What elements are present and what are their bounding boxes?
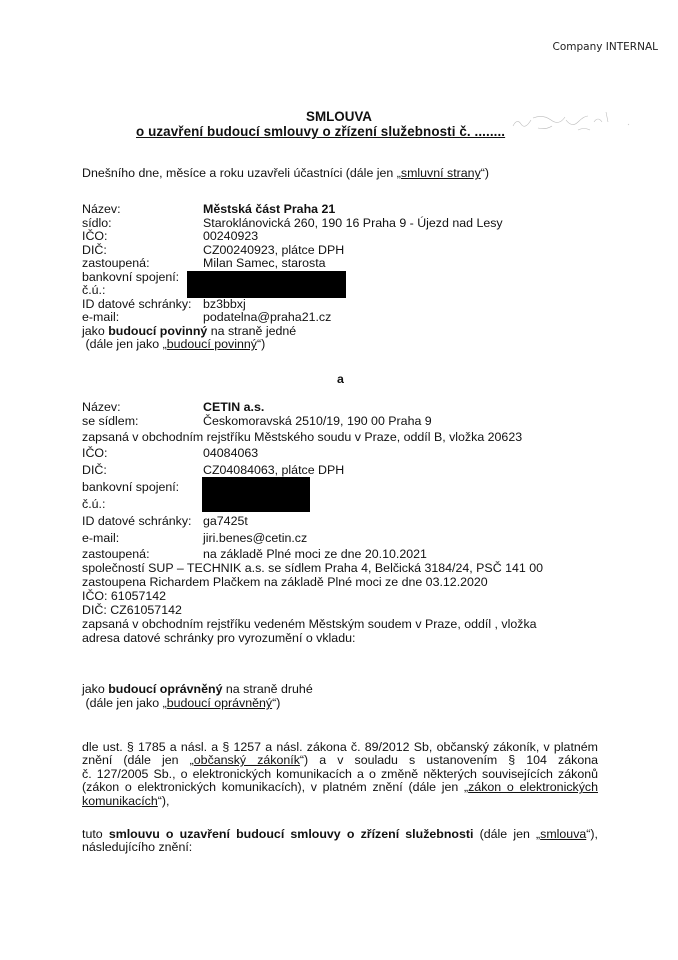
- intro-suffix: “): [481, 166, 489, 180]
- closing-line-2: následujícího znění:: [82, 841, 598, 854]
- text: tuto: [82, 827, 109, 841]
- text: (zákon o elektronických komunikacích), v…: [82, 780, 468, 794]
- label: č.ú.:: [82, 498, 105, 512]
- label: zastoupená:: [82, 257, 150, 271]
- role-prefix: jako: [82, 682, 108, 696]
- legal-line-4: (zákon o elektronických komunikacích), v…: [82, 781, 598, 794]
- value: Milan Samec, starosta: [203, 257, 326, 271]
- text: “),: [158, 794, 170, 808]
- label: bankovní spojení:: [82, 271, 179, 285]
- document-subtitle: o uzavření budoucí smlouvy o zřízení slu…: [136, 125, 505, 139]
- text: znění (dále jen „: [82, 753, 194, 767]
- label: Název:: [82, 401, 121, 415]
- signature-scribble-icon: [508, 108, 648, 134]
- term-contract: smlouva: [540, 827, 586, 841]
- label: ID datové schránky:: [82, 515, 192, 529]
- term-ecomm-act: zákon o elektronických: [468, 780, 598, 794]
- label: DIČ:: [82, 244, 107, 258]
- value: 04084063: [203, 447, 258, 461]
- label: sídlo:: [82, 217, 112, 231]
- role-bold: budoucí oprávněný: [108, 682, 222, 696]
- alias-prefix: (dále jen jako „: [82, 696, 167, 710]
- party1-role: jako budoucí povinný na straně jedné: [82, 325, 296, 339]
- value: ga7425t: [203, 515, 248, 529]
- party-separator: a: [337, 373, 344, 387]
- value: podatelna@praha21.cz: [203, 311, 331, 325]
- party2-alias: (dále jen jako „budoucí oprávněný“): [82, 697, 280, 711]
- value: CZ04084063, plátce DPH: [203, 464, 344, 478]
- redaction-box: [187, 271, 346, 298]
- redaction-box: [202, 477, 310, 512]
- role-suffix: na straně jedné: [207, 324, 296, 338]
- text: “),: [586, 827, 598, 841]
- closing-line-1: tuto smlouvu o uzavření budoucí smlouvy …: [82, 828, 598, 841]
- label: e-mail:: [82, 311, 119, 325]
- label: DIČ:: [82, 464, 107, 478]
- text: “) a v souladu s ustanovením § 104 zákon…: [300, 753, 598, 767]
- party2-row-register2: zapsaná v obchodním rejstříku vedeném Mě…: [82, 618, 537, 632]
- closing-paragraph: tuto smlouvu o uzavření budoucí smlouvy …: [82, 828, 598, 855]
- value: jiri.benes@cetin.cz: [203, 532, 307, 546]
- party2-row-register: zapsaná v obchodním rejstříku Městského …: [82, 431, 522, 445]
- party2-row-company: společností SUP – TECHNIK a.s. se sídlem…: [82, 562, 543, 576]
- legal-line-5: komunikacích“),: [82, 795, 598, 808]
- intro-term: smluvní strany: [401, 166, 481, 180]
- legal-line-2: znění (dále jen „občanský zákoník“) a v …: [82, 754, 598, 767]
- value: Českomoravská 2510/19, 190 00 Praha 9: [203, 415, 432, 429]
- label: bankovní spojení:: [82, 481, 179, 495]
- legal-line-3: č. 127/2005 Sb., o elektronických komuni…: [82, 768, 598, 781]
- term-civil-code: občanský zákoník: [194, 753, 300, 767]
- party2-role: jako budoucí oprávněný na straně druhé: [82, 683, 313, 697]
- label: IČO:: [82, 447, 107, 461]
- contract-name: smlouvu o uzavření budoucí smlouvy o zří…: [109, 827, 474, 841]
- alias-prefix: (dále jen jako „: [82, 337, 167, 351]
- value: CZ00240923, plátce DPH: [203, 244, 344, 258]
- intro-sentence: Dnešního dne, měsíce a roku uzavřeli úča…: [82, 167, 489, 181]
- party2-row-ico2: IČO: 61057142: [82, 590, 166, 604]
- legal-line-1: dle ust. § 1785 a násl. a § 1257 a násl.…: [82, 741, 598, 754]
- alias-suffix: “): [272, 696, 280, 710]
- label: zastoupená:: [82, 548, 150, 562]
- legal-basis-paragraph: dle ust. § 1785 a násl. a § 1257 a násl.…: [82, 741, 598, 808]
- party2-row-dic2: DIČ: CZ61057142: [82, 604, 182, 618]
- role-prefix: jako: [82, 324, 108, 338]
- value: 00240923: [203, 230, 258, 244]
- classification-label: Company INTERNAL: [553, 41, 658, 55]
- value: na základě Plné moci ze dne 20.10.2021: [203, 548, 427, 562]
- alias-suffix: “): [257, 337, 265, 351]
- label: e-mail:: [82, 532, 119, 546]
- label: ID datové schránky:: [82, 298, 192, 312]
- term-ecomm-act-cont: komunikacích: [82, 794, 158, 808]
- label: se sídlem:: [82, 415, 138, 429]
- label: č.ú.:: [82, 284, 105, 298]
- intro-prefix: Dnešního dne, měsíce a roku uzavřeli úča…: [82, 166, 401, 180]
- party2-row-databox-address: adresa datové schránky pro vyrozumění o …: [82, 632, 355, 646]
- party2-row-proxy: zastoupena Richardem Plačkem na základě …: [82, 576, 488, 590]
- party1-alias: (dále jen jako „budoucí povinný“): [82, 338, 265, 352]
- label: IČO:: [82, 230, 107, 244]
- title-text: SMLOUVA: [306, 109, 372, 124]
- alias-term: budoucí povinný: [167, 337, 257, 351]
- role-suffix: na straně druhé: [222, 682, 312, 696]
- role-bold: budoucí povinný: [108, 324, 207, 338]
- label: Název:: [82, 203, 121, 217]
- value: CETIN a.s.: [203, 401, 264, 415]
- value: bz3bbxj: [203, 298, 246, 312]
- value: Staroklánovická 260, 190 16 Praha 9 - Új…: [203, 217, 503, 231]
- value: Městská část Praha 21: [203, 203, 335, 217]
- alias-term: budoucí oprávněný: [167, 696, 272, 710]
- text: (dále jen „: [473, 827, 540, 841]
